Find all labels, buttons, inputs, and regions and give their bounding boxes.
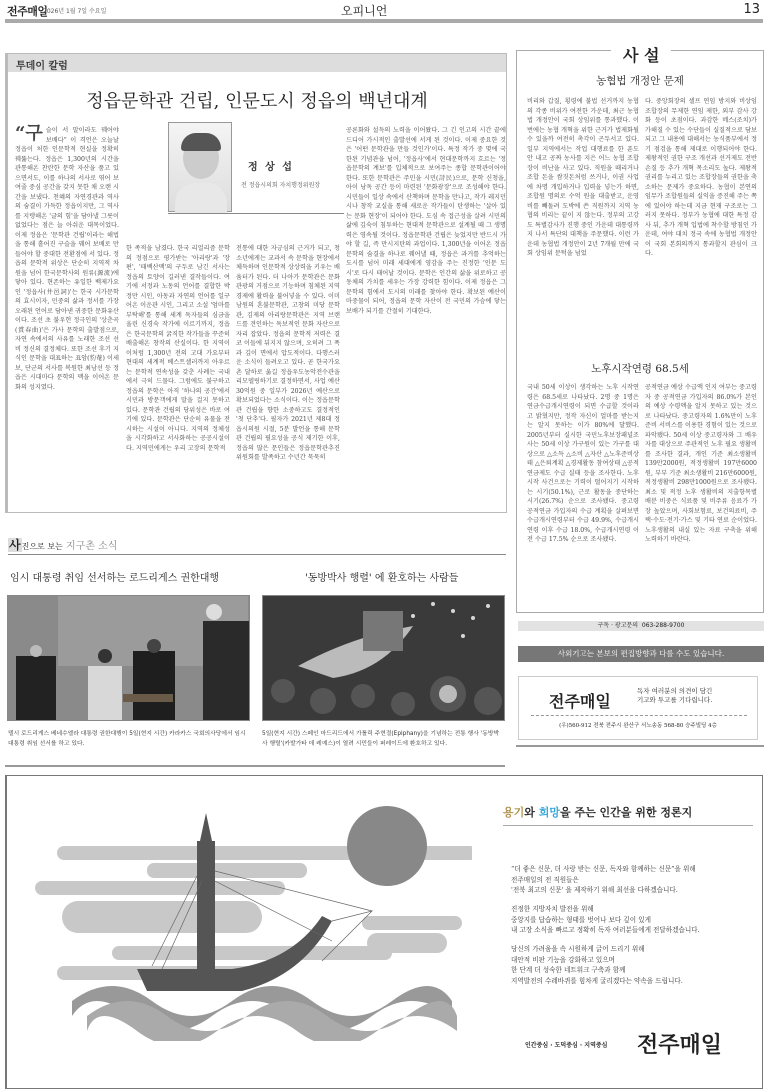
news-photo-parade[interactable] <box>262 595 505 721</box>
editorial-1-right: 다. 중앙회장의 셀프 연임 방지와 비상임 조합장의 무제한 연임 제한, 외… <box>645 97 757 259</box>
subscription-bar: 구독 · 광고문의 063-288-9700 <box>518 621 764 631</box>
header-rule <box>5 19 763 23</box>
editorial-1-left: 비리와 갑질, 횡령에 불법 선거까지 농협의 각종 비위가 여전한 가운데, … <box>527 97 639 259</box>
divider <box>168 213 344 214</box>
divider <box>516 745 764 747</box>
ship-illustration <box>32 801 472 1041</box>
page-header: 전주매일 2026년 1월 7일 수요일 오피니언 13 <box>5 0 763 24</box>
news-caption-1: 델시 로드리게스 베네수엘라 대통령 권한대행이 5일(현지 시간) 카라카스 … <box>8 729 248 749</box>
dropcap: “구 <box>15 126 43 142</box>
today-column: 투데이 칼럼 정읍문학관 건립, 인문도시 정읍의 백년대계 “구슬이 서 말이… <box>5 53 507 513</box>
global-news-heading: 사진으로 보는 지구촌 소식 <box>8 536 117 553</box>
news-caption-2: 5일(현지 시간) 스페인 마드리드에서 가톨릭 주현절(Epiphany)을 … <box>262 729 502 749</box>
author-name: 정 상 섭 <box>248 158 294 173</box>
column-text-col3: 전통에 대한 자긍심의 근거가 되고, 청소년에게는 교과서 속 문학을 현장에… <box>236 244 340 463</box>
editorial-2-right: 공적연금 예상 수급액 인지 여부는 중고령자 중 공적연금 가입자의 86.0… <box>645 383 757 545</box>
house-advertisement: 용기와 희망을 주는 인간을 위한 정론지 “더 좋은 신문, 더 사랑 받는 … <box>5 775 763 1089</box>
column-text-col1: “구슬이 서 말이라도 꿰어야 보배다” 이 격언은 오늘날 정읍이 처한 인문… <box>15 126 119 392</box>
author-photo <box>168 122 232 212</box>
column-text-col2: 한 족적을 남겼다. 한국 리얼리즘 문학의 정점으로 평가받는 '아리랑'과 … <box>126 244 230 453</box>
ad-paragraph-3: 당신의 가려움을 속 시원하게 긁어 드리기 위해대안적 비판 기능을 강화하고… <box>511 944 683 986</box>
contribution-logo: 전주매일 <box>549 689 611 712</box>
ad-logo: 전주매일 <box>637 1028 722 1059</box>
contribution-message: 독자 여러분의 의견이 담긴기고와 투고를 기다립니다. <box>637 687 712 705</box>
editorial-tag: 사 설 <box>611 43 671 66</box>
contribution-notice: 사외기고는 본보의 편집방향과 다를 수도 있습니다. <box>518 646 764 662</box>
page-number: 13 <box>743 2 760 17</box>
editorial-box: 사 설 농협법 개정안 문제 비리와 갑질, 횡령에 불법 선거까지 농협의 각… <box>516 50 764 613</box>
divider <box>5 765 505 767</box>
ad-slogan: 용기와 희망을 주는 인간을 위한 정론지 <box>503 804 692 820</box>
postal-address: (우)560-912 전북 전주시 완산구 서노송동 568-80 승주빌딩 4… <box>519 721 757 729</box>
divider <box>8 554 506 555</box>
contribution-box: 전주매일 독자 여러분의 의견이 담긴기고와 투고를 기다립니다. (우)560… <box>518 676 758 740</box>
paper-logo: 전주매일 <box>7 3 48 19</box>
divider <box>503 825 753 826</box>
ad-paragraph-1: “더 좋은 신문, 더 사랑 받는 신문, 독자와 함께하는 신문”을 위해전주… <box>511 864 696 896</box>
divider <box>531 715 747 716</box>
column-text-col4: 공론화와 설득의 노력을 이어왔다. 그 긴 인고의 시간 끝에 드디어 가시적… <box>346 126 506 316</box>
editorial-title-1[interactable]: 농협법 개정안 문제 <box>517 73 763 88</box>
subscription-phone: 063-288-9700 <box>642 622 685 629</box>
issue-date: 2026년 1월 7일 수요일 <box>43 6 106 15</box>
news-photo-inauguration[interactable] <box>7 595 250 721</box>
editorial-title-2[interactable]: 노후시작연령 68.5세 <box>517 361 763 376</box>
author-position: 전 정읍시의회 자치행정위원장 <box>241 180 320 189</box>
news-headline-2[interactable]: '동방박사 행렬' 에 환호하는 사람들 <box>305 569 458 584</box>
editorial-2-left: 국내 50세 이상이 생각하는 노후 시작연령은 68.5세로 나타났다. 2명… <box>527 383 639 545</box>
ad-paragraph-2: 진정한 지방자치 발전을 위해중앙지를 답습하는 형태를 벗어나 보다 깊이 있… <box>511 904 700 936</box>
news-headline-1[interactable]: 임시 대통령 취임 선서하는 로드리게스 권한대행 <box>10 569 219 584</box>
section-title: 오피니언 <box>341 2 387 19</box>
ad-tagline: 인간중심 · 도덕중심 · 지역중심 <box>525 1040 607 1049</box>
column-title[interactable]: 정읍문학관 건립, 인문도시 정읍의 백년대계 <box>8 87 506 113</box>
column-label: 투데이 칼럼 <box>8 54 506 72</box>
